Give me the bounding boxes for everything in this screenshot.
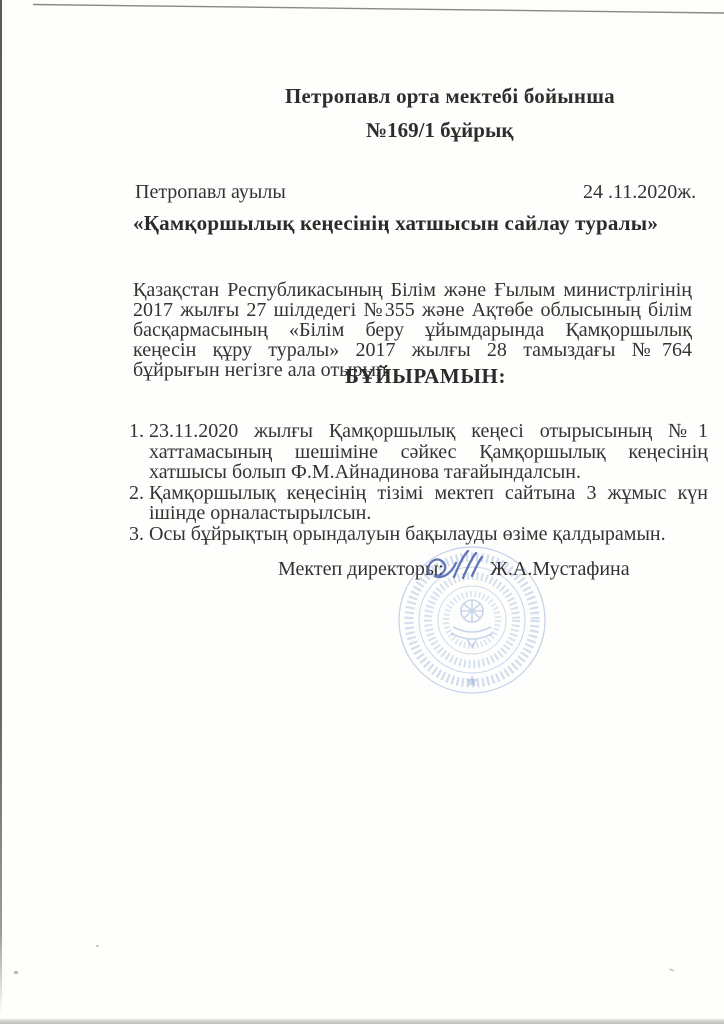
- scan-speck: [14, 971, 18, 974]
- scan-speck: [96, 945, 99, 947]
- place-name: Петропавл ауылы: [135, 181, 286, 204]
- order-item: Қамқоршылық кеңесінің тізімі мектеп сайт…: [149, 483, 708, 524]
- scan-speck: [669, 968, 674, 972]
- director-label: Мектеп директоры:: [278, 558, 444, 581]
- document-date: 24 .11.2020ж.: [583, 181, 696, 204]
- director-name: Ж.А.Мустафина: [490, 558, 630, 581]
- document-title: Петропавл орта мектебі бойынша: [285, 84, 615, 109]
- order-number-title: №169/1 бұйрық: [366, 118, 513, 143]
- scan-edge-top: [0, 0, 724, 20]
- order-heading: БҰЙЫРАМЫН:: [345, 364, 506, 389]
- scan-edge-left: [0, 0, 2, 1014]
- scanned-document-page: Петропавл орта мектебі бойынша №169/1 бұ…: [0, 0, 724, 1024]
- order-list: 23.11.2020 жылғы Қамқоршылық кеңесі отыр…: [133, 421, 708, 544]
- director-signature-ink-icon: [422, 544, 492, 590]
- scan-shadow-bottom: [0, 1018, 724, 1024]
- subject-line: «Қамқоршылық кеңесінің хатшысын сайлау т…: [133, 211, 658, 236]
- order-item: 23.11.2020 жылғы Қамқоршылық кеңесі отыр…: [149, 421, 708, 483]
